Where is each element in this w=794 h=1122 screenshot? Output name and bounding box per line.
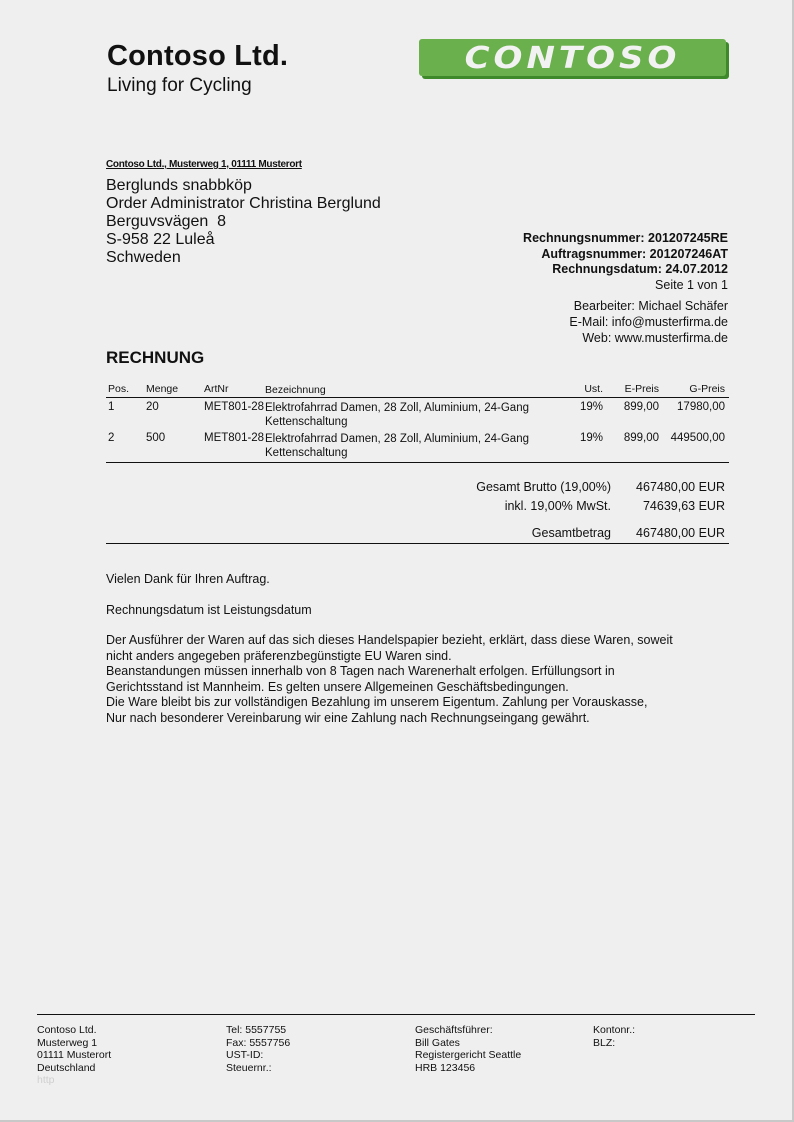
invoice-number: Rechnungsnummer: 201207245RE — [523, 231, 728, 247]
table-row: 1 20 MET801-28 Elektrofahrrad Damen, 28 … — [106, 398, 729, 429]
cell-unit-price: 899,00 — [624, 432, 659, 444]
cell-total-price: 449500,00 — [671, 432, 725, 444]
footer-line: Bill Gates — [415, 1037, 521, 1050]
vat-value: 74639,63 EUR — [643, 499, 725, 513]
recipient-line: S-958 22 Luleå — [106, 231, 381, 249]
footer-line: 01111 Musterort — [37, 1049, 111, 1062]
invoice-date: Rechnungsdatum: 24.07.2012 — [523, 262, 728, 278]
gross-value: 467480,00 EUR — [636, 480, 725, 494]
table-divider — [106, 462, 729, 463]
items-table: Pos. Menge ArtNr Bezeichnung Ust. E-Prei… — [106, 382, 729, 463]
contact-info: Bearbeiter: Michael Schäfer E-Mail: info… — [569, 298, 728, 346]
totals-divider — [106, 543, 729, 544]
company-name: Contoso Ltd. — [107, 40, 288, 73]
recipient-line: Berglunds snabbköp — [106, 177, 381, 195]
recipient-address: Berglunds snabbköp Order Administrator C… — [106, 177, 381, 267]
footer-contact: Tel: 5557755 Fax: 5557756 UST-ID: Steuer… — [226, 1024, 290, 1074]
cell-desc: Elektrofahrrad Damen, 28 Zoll, Aluminium… — [265, 401, 529, 429]
totals-block: Gesamt Brutto (19,00%) 467480,00 EUR ink… — [106, 480, 729, 544]
header-qty: Menge — [146, 383, 178, 395]
terms-line: Die Ware bleibt bis zur vollständigen Be… — [106, 695, 673, 711]
website: Web: www.musterfirma.de — [569, 330, 728, 346]
table-header: Pos. Menge ArtNr Bezeichnung Ust. E-Prei… — [106, 382, 729, 398]
recipient-line: Order Administrator Christina Berglund — [106, 195, 381, 213]
cell-pos: 2 — [108, 432, 114, 444]
footer-line: UST-ID: — [226, 1049, 290, 1062]
logo-text: CONTOSO — [465, 40, 681, 76]
cell-vat: 19% — [580, 432, 603, 444]
page-indicator: Seite 1 von 1 — [523, 278, 728, 294]
header-vat: Ust. — [584, 383, 603, 395]
document-title: RECHNUNG — [106, 348, 204, 368]
terms-text: Der Ausführer der Waren auf das sich die… — [106, 633, 673, 726]
footer-faint-text: http — [37, 1074, 111, 1087]
terms-line: Nur nach besonderer Vereinbarung wir ein… — [106, 711, 673, 727]
footer-line: BLZ: — [593, 1037, 635, 1050]
table-row: 2 500 MET801-28 Elektrofahrrad Damen, 28… — [106, 429, 729, 460]
terms-line: Gerichtsstand ist Mannheim. Es gelten un… — [106, 680, 673, 696]
cell-desc: Elektrofahrrad Damen, 28 Zoll, Aluminium… — [265, 432, 529, 460]
gross-label: Gesamt Brutto (19,00%) — [476, 480, 611, 494]
footer-line: Kontonr.: — [593, 1024, 635, 1037]
cell-qty: 20 — [146, 401, 159, 413]
desc-line: Elektrofahrrad Damen, 28 Zoll, Aluminium… — [265, 432, 529, 446]
recipient-line: Schweden — [106, 249, 381, 267]
vat-row: inkl. 19,00% MwSt. 74639,63 EUR — [106, 499, 729, 518]
footer-divider — [37, 1014, 755, 1015]
company-tagline: Living for Cycling — [107, 75, 252, 97]
footer-line: Contoso Ltd. — [37, 1024, 111, 1037]
vat-label: inkl. 19,00% MwSt. — [505, 499, 611, 513]
footer-line: Musterweg 1 — [37, 1037, 111, 1050]
cell-unit-price: 899,00 — [624, 401, 659, 413]
invoice-meta: Rechnungsnummer: 201207245RE Auftragsnum… — [523, 231, 728, 293]
header-pos: Pos. — [108, 383, 129, 395]
cell-art: MET801-28 — [204, 401, 264, 413]
footer-line: Geschäftsführer: — [415, 1024, 521, 1037]
recipient-line: Berguvsvägen 8 — [106, 213, 381, 231]
sender-return-address: Contoso Ltd., Musterweg 1, 01111 Mustero… — [106, 159, 302, 170]
header-total-price: G-Preis — [689, 383, 725, 395]
grand-total-row: Gesamtbetrag 467480,00 EUR — [106, 526, 729, 543]
footer-line: Tel: 5557755 — [226, 1024, 290, 1037]
cell-vat: 19% — [580, 401, 603, 413]
email: E-Mail: info@musterfirma.de — [569, 314, 728, 330]
desc-line: Kettenschaltung — [265, 446, 529, 460]
service-date-note: Rechnungsdatum ist Leistungsdatum — [106, 603, 312, 619]
company-logo: CONTOSO — [419, 39, 726, 76]
cell-total-price: 17980,00 — [677, 401, 725, 413]
footer-company: Contoso Ltd. Musterweg 1 01111 Musterort… — [37, 1024, 111, 1087]
footer-bank: Kontonr.: BLZ: — [593, 1024, 635, 1049]
grand-total-label: Gesamtbetrag — [532, 526, 611, 540]
desc-line: Elektrofahrrad Damen, 28 Zoll, Aluminium… — [265, 401, 529, 415]
terms-line: Beanstandungen müssen innerhalb von 8 Ta… — [106, 664, 673, 680]
clerk: Bearbeiter: Michael Schäfer — [569, 298, 728, 314]
grand-total-value: 467480,00 EUR — [636, 526, 725, 540]
header-art: ArtNr — [204, 383, 229, 395]
header-unit-price: E-Preis — [625, 383, 659, 395]
gross-row: Gesamt Brutto (19,00%) 467480,00 EUR — [106, 480, 729, 499]
footer-line: Registergericht Seattle — [415, 1049, 521, 1062]
terms-line: nicht anders angegeben präferenzbegünsti… — [106, 649, 673, 665]
cell-art: MET801-28 — [204, 432, 264, 444]
order-number: Auftragsnummer: 201207246AT — [523, 247, 728, 263]
footer-line: Steuernr.: — [226, 1062, 290, 1075]
terms-line: Der Ausführer der Waren auf das sich die… — [106, 633, 673, 649]
footer-line: HRB 123456 — [415, 1062, 521, 1075]
thanks-text: Vielen Dank für Ihren Auftrag. — [106, 572, 270, 588]
cell-pos: 1 — [108, 401, 114, 413]
footer-management: Geschäftsführer: Bill Gates Registergeri… — [415, 1024, 521, 1074]
footer-line: Deutschland — [37, 1062, 111, 1075]
footer-line: Fax: 5557756 — [226, 1037, 290, 1050]
cell-qty: 500 — [146, 432, 165, 444]
desc-line: Kettenschaltung — [265, 415, 529, 429]
header-desc: Bezeichnung — [265, 383, 326, 397]
